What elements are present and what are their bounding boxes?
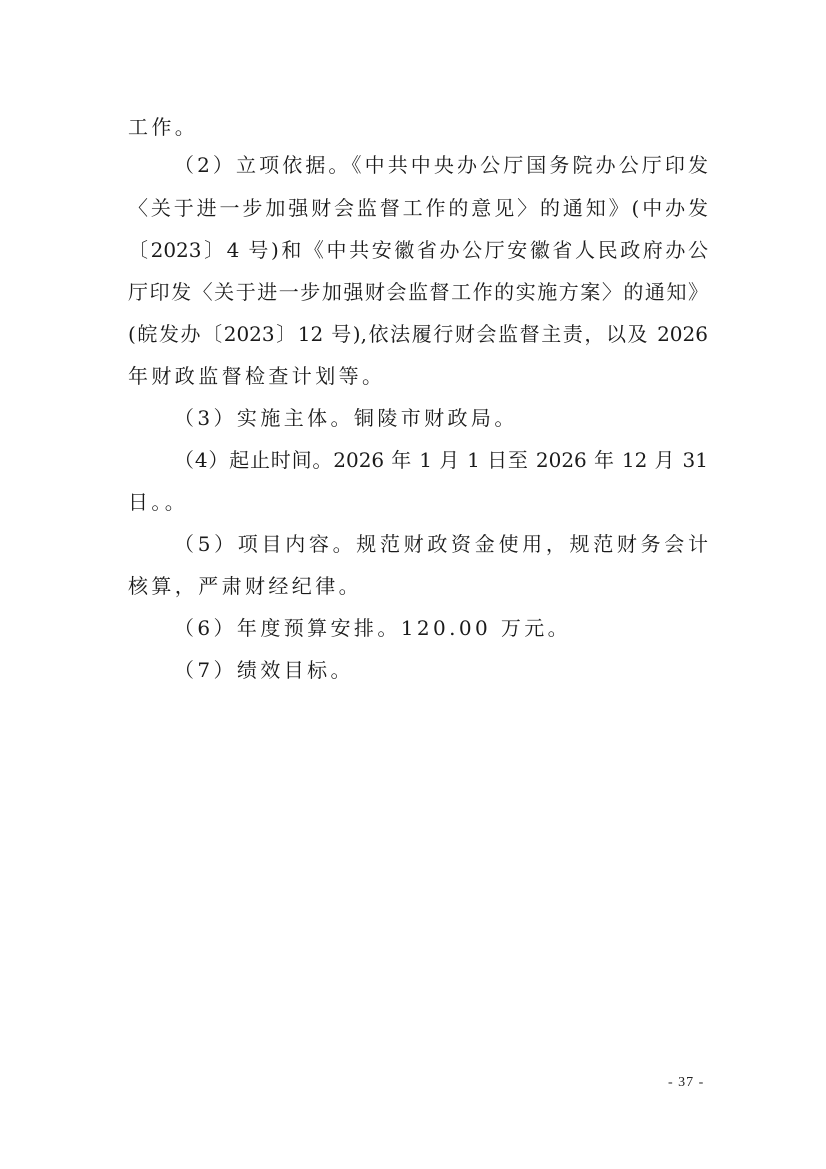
text-line: 工作。 bbox=[128, 114, 708, 140]
text-line: 年财政监督检查计划等。 bbox=[128, 363, 708, 389]
text-line: （3）实施主体。铜陵市财政局。 bbox=[174, 405, 708, 431]
text-line: 厅印发〈关于进一步加强财会监督工作的实施方案〉的通知》 bbox=[128, 279, 708, 305]
text-line: 核算，严肃财经纪律。 bbox=[128, 573, 708, 599]
text-line: （6）年度预算安排。120.00 万元。 bbox=[174, 615, 708, 641]
page-number: - 37 - bbox=[668, 1074, 704, 1092]
text-line: （7）绩效目标。 bbox=[174, 657, 708, 683]
document-page: 工作。 （2）立项依据。《中共中央办公厅国务院办公厅印发 〈关于进一步加强财会监… bbox=[0, 0, 826, 1169]
text-line: 〈关于进一步加强财会监督工作的意见〉的通知》(中办发 bbox=[128, 195, 708, 221]
text-line: 日。。 bbox=[128, 489, 708, 515]
text-line: （5）项目内容。规范财政资金使用，规范财务会计 bbox=[174, 531, 708, 557]
text-line: （4）起止时间。2026 年 1 月 1 日至 2026 年 12 月 31 bbox=[174, 447, 708, 473]
text-line: （2）立项依据。《中共中央办公厅国务院办公厅印发 bbox=[174, 152, 708, 178]
text-line: 〔2023〕4 号)和《中共安徽省办公厅安徽省人民政府办公 bbox=[128, 237, 708, 263]
text-line: (皖发办〔2023〕12 号),依法履行财会监督主责，以及 2026 bbox=[128, 321, 708, 347]
